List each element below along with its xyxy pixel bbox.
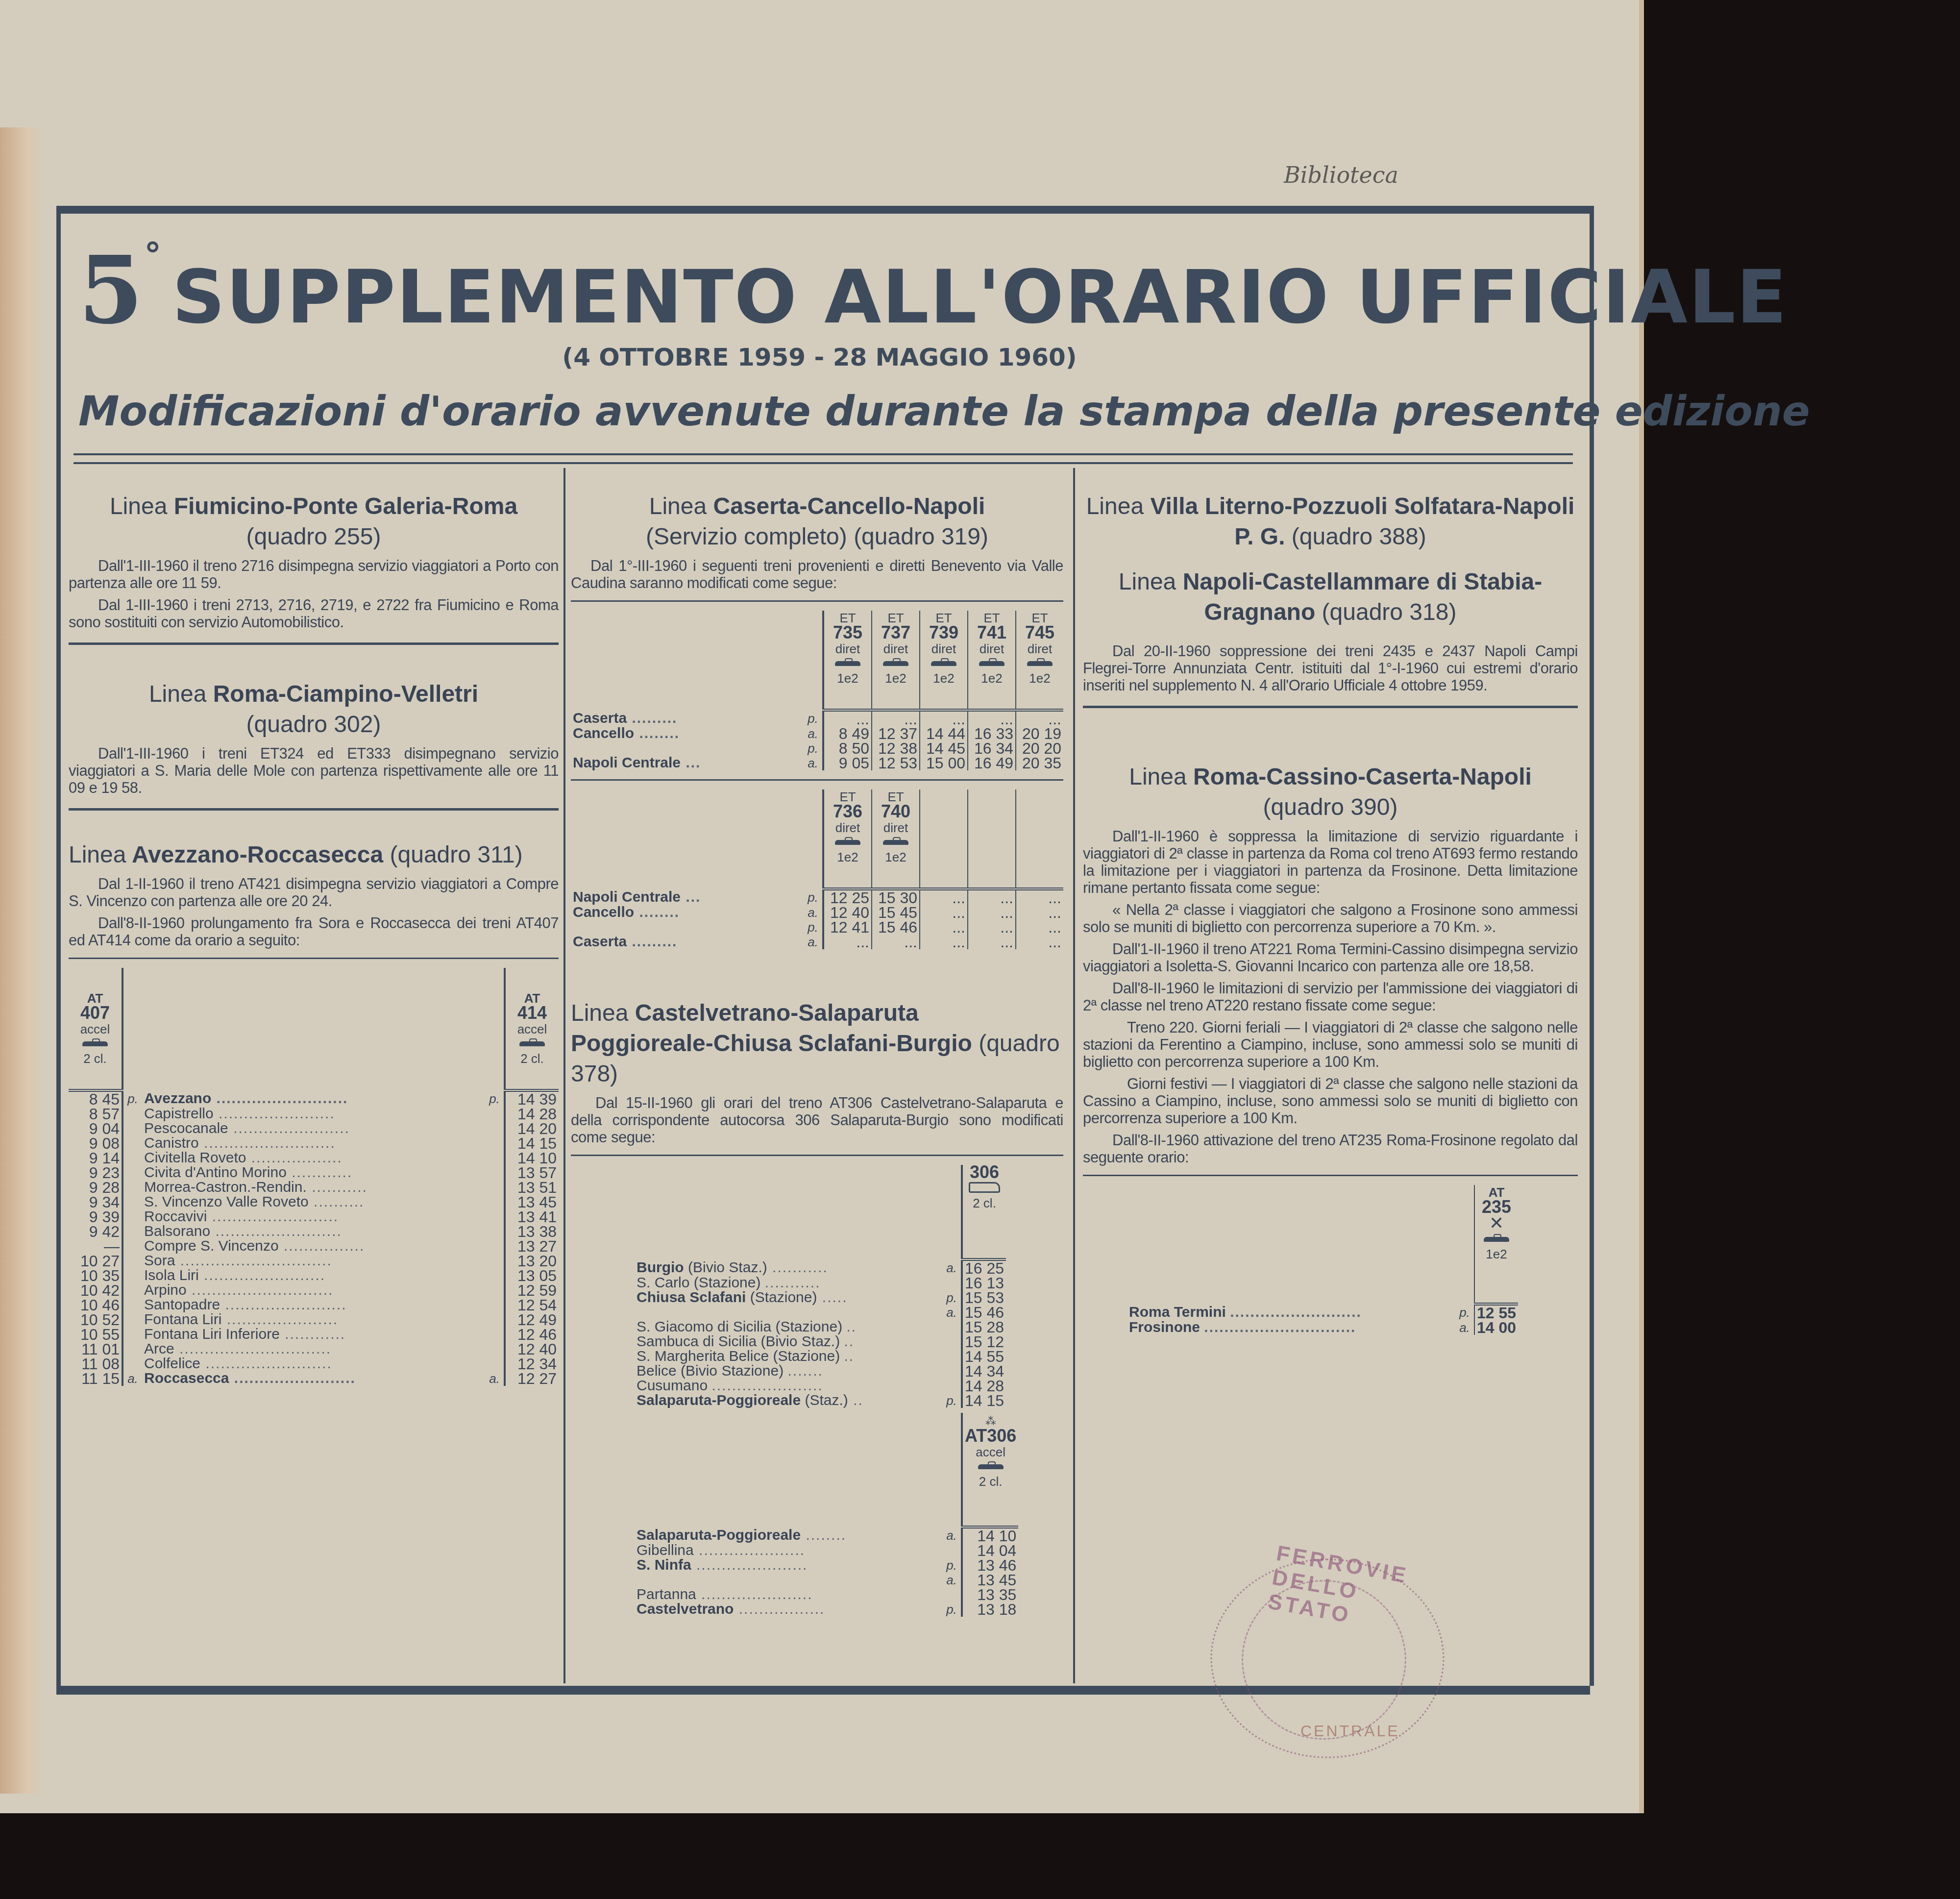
station-name: Civita d'Antino Morino ............: [142, 1165, 485, 1180]
time: 14 15: [962, 1393, 1006, 1408]
notice-text: Dall'8-II-1960 le limitazioni di servizi…: [1083, 980, 1578, 1014]
time: 15 46: [962, 1305, 1006, 1320]
table-row: 11 15a.Roccasecca ......................…: [69, 1371, 559, 1386]
table-row: 9 28Morrea-Castron.-Rendin. ...........1…: [69, 1180, 559, 1195]
station-name: [571, 920, 804, 935]
station-name: Cancello ........: [571, 905, 804, 920]
document-page: Biblioteca 5°SUPPLEMENTO ALL'ORARIO UFFI…: [0, 0, 1644, 1813]
time-at414: 13 05: [505, 1268, 559, 1283]
table-row: 9 42Balsorano .........................1…: [69, 1224, 559, 1239]
train-time: ...: [968, 905, 1016, 920]
notice-text: Dal 20-II-1960 soppressione dei treni 24…: [1083, 642, 1578, 694]
table-row: 10 42Arpino ............................…: [69, 1283, 559, 1298]
table-row: 9 23Civita d'Antino Morino ............1…: [69, 1165, 559, 1180]
table-row: Partanna ......................13 35: [635, 1587, 1018, 1602]
time: 13 46: [962, 1558, 1018, 1573]
time-at414: 13 41: [505, 1209, 559, 1224]
train-time: 12 25: [823, 889, 872, 905]
train-header-at414: AT 414 accel 2 cl.: [505, 968, 559, 1090]
table-row: 8 45p.Avezzano .........................…: [69, 1090, 559, 1107]
time-at414: 13 57: [505, 1165, 559, 1180]
arrival-departure-mark: [122, 1151, 142, 1165]
table-row: Salaparuta-Poggioreale (Staz.) ..p.14 15: [635, 1393, 1006, 1408]
train-header: ET745diret1e2: [1016, 611, 1063, 710]
train-time: 12 37: [872, 726, 920, 741]
station-name: Caserta .........: [571, 710, 804, 726]
station-name: Arce ..............................: [142, 1342, 485, 1356]
train-time: 16 33: [968, 726, 1016, 741]
notice-text: Dall'1-II-1960 è soppressa la limitazion…: [1083, 828, 1578, 896]
time-at407: 11 08: [69, 1356, 122, 1371]
railcar-icon: [929, 658, 958, 668]
station-name: Salaparuta-Poggioreale ........: [635, 1527, 942, 1543]
section-title: Linea Caserta-Cancello-Napoli (Servizio …: [571, 492, 1063, 552]
train-header-at306: ⁂ AT306 accel 2 cl.: [962, 1413, 1018, 1527]
train-time: 15 30: [872, 889, 920, 905]
arrival-departure-mark: [485, 1298, 505, 1312]
notice-text: Dall'8-II-1960 attivazione del treno AT2…: [1083, 1132, 1578, 1166]
time: 13 45: [962, 1573, 1018, 1587]
supplement-number: 5: [78, 235, 144, 345]
time-at407: 10 55: [69, 1327, 122, 1342]
right-column: Linea Villa Literno-Pozzuoli Solfatara-N…: [1083, 468, 1578, 1600]
arrival-departure-mark: p.: [485, 1090, 505, 1107]
time-at414: 13 45: [505, 1195, 559, 1209]
arrival-departure-mark: a.: [804, 726, 823, 741]
time-at407: 9 04: [69, 1121, 122, 1136]
time-at414: 13 27: [505, 1239, 559, 1254]
train-time: 16 34: [968, 741, 1016, 756]
time-at407: 9 08: [69, 1136, 122, 1151]
railcar-icon: [1482, 1234, 1511, 1244]
arrival-departure-mark: [942, 1334, 962, 1349]
timetable-at235: AT 235 ✕ 1e2 Roma Termini ..............…: [1127, 1185, 1518, 1335]
arrival-departure-mark: a.: [804, 935, 823, 949]
notice-text: Dall'8-II-1960 prolungamento fra Sora e …: [69, 914, 559, 949]
arrival-departure-mark: [122, 1107, 142, 1121]
train-time: ...: [1016, 920, 1063, 935]
station-name: [635, 1305, 942, 1320]
train-time: ...: [872, 710, 920, 726]
train-time: ...: [1016, 889, 1063, 905]
table-row: Caserta .........a................: [571, 935, 1063, 949]
section-title: Linea Villa Literno-Pozzuoli Solfatara-N…: [1083, 492, 1578, 552]
station-name: [635, 1573, 942, 1587]
train-time: 15 45: [872, 905, 920, 920]
notice-text: Dall'1-II-1960 il treno AT221 Roma Termi…: [1083, 940, 1578, 975]
time-at414: 12 46: [505, 1327, 559, 1342]
railcar-icon: [80, 1038, 110, 1048]
arrival-departure-mark: [485, 1327, 505, 1342]
table-row: Napoli Centrale ...a.9 0512 5315 0016 49…: [571, 756, 1063, 770]
table-row: p.8 5012 3814 4516 3420 20: [571, 741, 1063, 756]
validity-period: (4 OTTOBRE 1959 - 28 MAGGIO 1960): [0, 343, 1639, 371]
arrival-departure-mark: a.: [942, 1527, 962, 1543]
arrival-departure-mark: [485, 1180, 505, 1195]
table-row: p.12 4115 46.........: [571, 920, 1063, 935]
time-at407: 11 01: [69, 1342, 122, 1356]
section-divider: [1083, 706, 1578, 708]
train-time: ...: [920, 889, 968, 905]
train-time: ...: [968, 935, 1016, 949]
time: 14 04: [962, 1543, 1018, 1558]
station-name: Pescocanale .......................: [142, 1121, 485, 1136]
section-divider: [571, 779, 1063, 781]
table-row: —Compre S. Vincenzo ................13 2…: [69, 1239, 559, 1254]
table-row: Belice (Bivio Stazione) .......14 34: [635, 1364, 1006, 1379]
timetable-avezzano-roccasecca: AT 407 accel 2 cl. AT 414 accel 2: [69, 968, 559, 1386]
time: 13 18: [962, 1602, 1018, 1617]
train-time: 12 53: [872, 756, 920, 770]
arrival-departure-mark: [122, 1239, 142, 1254]
table-row: 9 14Civitella Roveto ..................1…: [69, 1151, 559, 1165]
train-time: ...: [1016, 935, 1063, 949]
train-time: ...: [823, 710, 872, 726]
arrival-departure-mark: [942, 1349, 962, 1364]
arrival-departure-mark: p.: [804, 889, 823, 905]
train-header-at407: AT 407 accel 2 cl.: [69, 968, 122, 1090]
table-row: 9 08Canistro ..........................1…: [69, 1136, 559, 1151]
notice-text: Giorni festivi — I viaggiatori di 2ª cla…: [1083, 1075, 1578, 1127]
time-at407: 10 46: [69, 1298, 122, 1312]
table-row: Sambuca di Sicilia (Bivio Staz.) ..15 12: [635, 1334, 1006, 1349]
table-row: Chiusa Sclafani (Stazione) .....p.15 53: [635, 1290, 1006, 1305]
arrival-departure-mark: a.: [804, 905, 823, 920]
time-at407: 10 35: [69, 1268, 122, 1283]
station-name: Salaparuta-Poggioreale (Staz.) ..: [635, 1393, 942, 1408]
time-at414: 14 15: [505, 1136, 559, 1151]
arrival-departure-mark: [485, 1254, 505, 1268]
notice-fiumicino: Linea Fiumicino-Ponte Galeria-Roma (quad…: [69, 492, 559, 645]
office-stamp: FERROVIE DELLO STATO CENTRALE: [1210, 1558, 1445, 1758]
train-time: 16 49: [968, 756, 1016, 770]
train-time: 8 49: [823, 726, 872, 741]
train-time: ...: [1016, 905, 1063, 920]
arrival-departure-mark: [122, 1165, 142, 1180]
section-divider: [571, 600, 1063, 602]
table-row: S. Margherita Belice (Stazione) ..14 55: [635, 1349, 1006, 1364]
train-time: ...: [1016, 710, 1063, 726]
bus-header-306: 306 2 cl.: [962, 1165, 1006, 1259]
arrival-departure-mark: [485, 1165, 505, 1180]
table-row: Cancello ........a.8 4912 3714 4416 3320…: [571, 726, 1063, 741]
arrival-departure-mark: [942, 1320, 962, 1334]
table-row: S. Ninfa ......................p.13 46: [635, 1558, 1018, 1573]
time-at407: 8 45: [69, 1090, 122, 1107]
station-name: Cusumano ......................: [635, 1379, 942, 1393]
column-separator: [1073, 468, 1075, 1683]
time: 15 12: [962, 1334, 1006, 1349]
time-at407: 9 14: [69, 1151, 122, 1165]
station-name: Colfelice .........................: [142, 1356, 485, 1371]
arrival-departure-mark: p.: [942, 1602, 962, 1617]
train-time: ...: [823, 935, 872, 949]
train-header: ET740diret1e2: [872, 789, 920, 889]
section-title: Linea Fiumicino-Ponte Galeria-Roma (quad…: [69, 492, 559, 552]
arrival-departure-mark: [122, 1356, 142, 1371]
arrival-departure-mark: [485, 1151, 505, 1165]
arrival-departure-mark: p.: [942, 1558, 962, 1573]
train-time: ...: [968, 889, 1016, 905]
arrival-departure-mark: [942, 1364, 962, 1379]
table-row: 10 55Fontana Liri Inferiore ............…: [69, 1327, 559, 1342]
arrival-departure-mark: [122, 1283, 142, 1298]
table-row: Cusumano ......................14 28: [635, 1379, 1006, 1393]
station-name: Arpino ............................: [142, 1283, 485, 1298]
table-row: S. Giacomo di Sicilia (Stazione) ..15 28: [635, 1320, 1006, 1334]
train-time: ...: [920, 710, 968, 726]
time-at407: —: [69, 1239, 122, 1254]
table-row: S. Carlo (Stazione) ...........16 13: [635, 1276, 1006, 1290]
arrival-departure-mark: p.: [804, 920, 823, 935]
table-row: Caserta .........p................: [571, 710, 1063, 726]
train-time: 9 05: [823, 756, 872, 770]
time-at414: 14 28: [505, 1107, 559, 1121]
time-at414: 13 38: [505, 1224, 559, 1239]
station-name: Civitella Roveto ..................: [142, 1151, 485, 1165]
table-row: a.13 45: [635, 1573, 1018, 1587]
train-time: 20 20: [1016, 741, 1063, 756]
station-name: Sambuca di Sicilia (Bivio Staz.) ..: [635, 1334, 942, 1349]
arrival-departure-mark: [122, 1136, 142, 1151]
station-name: Burgio (Bivio Staz.) ...........: [635, 1259, 942, 1276]
station-name: Roccasecca ........................: [142, 1371, 485, 1386]
notice-castellammare: Linea Napoli-Castellammare di Stabia-Gra…: [1083, 567, 1578, 708]
arrival-departure-mark: p.: [942, 1393, 962, 1408]
table-row: 9 34S. Vincenzo Valle Roveto ..........1…: [69, 1195, 559, 1209]
time: 14 55: [962, 1349, 1006, 1364]
arrival-departure-mark: p.: [804, 710, 823, 726]
station-name: Morrea-Castron.-Rendin. ...........: [142, 1180, 485, 1195]
time-at407: 10 42: [69, 1283, 122, 1298]
arrival-departure-mark: [942, 1276, 962, 1290]
arrival-departure-mark: [122, 1327, 142, 1342]
middle-column: Linea Caserta-Cancello-Napoli (Servizio …: [571, 468, 1063, 1600]
arrival-departure-mark: p.: [942, 1290, 962, 1305]
timetable-napoli-caserta: ET736diret1e2ET740diret1e2Napoli Central…: [571, 789, 1063, 949]
railcar-icon: [1025, 658, 1054, 668]
notice-villa-literno: Linea Villa Literno-Pozzuoli Solfatara-N…: [1083, 492, 1578, 552]
time: 13 35: [962, 1587, 1018, 1602]
arrival-departure-mark: [485, 1121, 505, 1136]
station-name: Isola Liri ........................: [142, 1268, 485, 1283]
arrival-departure-mark: [485, 1268, 505, 1283]
railcar-icon: [977, 658, 1006, 668]
notice-text: Dall'1-III-1960 i treni ET324 ed ET333 d…: [69, 745, 559, 796]
station-name: Avezzano ..........................: [142, 1090, 485, 1107]
notice-caserta-cancello-napoli: Linea Caserta-Cancello-Napoli (Servizio …: [571, 492, 1063, 949]
station-name: S. Vincenzo Valle Roveto ..........: [142, 1195, 485, 1209]
train-time: 20 19: [1016, 726, 1063, 741]
table-row: 10 52Fontana Liri ......................…: [69, 1312, 559, 1327]
title-text: SUPPLEMENTO ALL'ORARIO UFFICIALE: [172, 255, 1788, 340]
bus-icon: [969, 1182, 1000, 1193]
notice-text: Dal 1-III-1960 i treni 2713, 2716, 2719,…: [69, 596, 559, 631]
time-at414: 14 39: [505, 1090, 559, 1107]
timetable-caserta-napoli: ET735diret1e2ET737diret1e2ET739diret1e2E…: [571, 611, 1063, 770]
arrival-departure-mark: a.: [485, 1371, 505, 1386]
time-at414: 12 49: [505, 1312, 559, 1327]
section-divider: [69, 642, 559, 645]
train-time: ...: [920, 920, 968, 935]
notice-text: « Nella 2ª classe i viaggiatori che salg…: [1083, 901, 1578, 936]
notice-text: Treno 220. Giorni feriali — I viaggiator…: [1083, 1019, 1578, 1070]
arrival-departure-mark: [122, 1224, 142, 1239]
station-name: Roccavivi .........................: [142, 1209, 485, 1224]
table-row: 10 27Sora ..............................…: [69, 1254, 559, 1268]
arrival-departure-mark: [485, 1312, 505, 1327]
train-time: 15 46: [872, 920, 920, 935]
train-time: ...: [968, 710, 1016, 726]
arrival-departure-mark: p.: [122, 1090, 142, 1107]
timetable-bus-306: 306 2 cl. Burgio (Bivio Staz.) .........…: [635, 1165, 1006, 1408]
time: 14 28: [962, 1379, 1006, 1393]
time-at414: 13 20: [505, 1254, 559, 1268]
station-name: Compre S. Vincenzo ................: [142, 1239, 485, 1254]
time: 16 13: [962, 1276, 1006, 1290]
table-row: 9 04Pescocanale .......................1…: [69, 1121, 559, 1136]
time: 14 10: [962, 1527, 1018, 1543]
station-name: Balsorano .........................: [142, 1224, 485, 1239]
table-row: 11 01Arce ..............................…: [69, 1342, 559, 1356]
time: 16 25: [962, 1259, 1006, 1276]
page-fold-edge: [0, 127, 44, 1794]
arrival-departure-mark: [122, 1268, 142, 1283]
table-row: Roma Termini .......................... …: [1127, 1304, 1518, 1320]
time-at414: 14 20: [505, 1121, 559, 1136]
train-time: 8 50: [823, 741, 872, 756]
train-header: ET741diret1e2: [968, 611, 1016, 710]
railcar-icon: [833, 837, 862, 847]
left-column: Linea Fiumicino-Ponte Galeria-Roma (quad…: [69, 468, 559, 1600]
time-at407: 9 34: [69, 1195, 122, 1209]
table-row: 10 35Isola Liri ........................…: [69, 1268, 559, 1283]
station-name: Caserta .........: [571, 935, 804, 949]
section-divider: [69, 958, 559, 959]
railcar-icon: [517, 1038, 547, 1048]
train-header: [968, 789, 1016, 889]
arrival-departure-mark: [122, 1298, 142, 1312]
arrival-departure-mark: [122, 1342, 142, 1356]
table-row: Castelvetrano .................p.13 18: [635, 1602, 1018, 1617]
table-row: 11 08Colfelice .........................…: [69, 1356, 559, 1371]
train-time: 12 40: [823, 905, 872, 920]
train-time: 14 44: [920, 726, 968, 741]
station-name: Capistrello .......................: [142, 1107, 485, 1121]
arrival-departure-mark: [122, 1254, 142, 1268]
table-row: Salaparuta-Poggioreale ........a.14 10: [635, 1527, 1018, 1543]
timetable-train-at306: ⁂ AT306 accel 2 cl. Salaparuta-Poggiorea…: [635, 1413, 1018, 1617]
table-row: 9 39Roccavivi .........................1…: [69, 1209, 559, 1224]
train-header: ET735diret1e2: [823, 611, 872, 710]
arrival-departure-mark: [122, 1209, 142, 1224]
station-name: Cancello ........: [571, 726, 804, 741]
time-at407: 10 27: [69, 1254, 122, 1268]
table-row: 10 46Santopadre ........................…: [69, 1298, 559, 1312]
section-divider: [1083, 1175, 1578, 1176]
table-row: a.15 46: [635, 1305, 1006, 1320]
station-name: Gibellina .....................: [635, 1543, 942, 1558]
arrival-departure-mark: [485, 1356, 505, 1371]
arrival-departure-mark: [942, 1587, 962, 1602]
station-name: Canistro ..........................: [142, 1136, 485, 1151]
page-title: 5°SUPPLEMENTO ALL'ORARIO UFFICIALE: [78, 235, 1573, 345]
time-at407: 9 28: [69, 1180, 122, 1195]
train-time: ...: [872, 935, 920, 949]
arrival-departure-mark: p.: [804, 741, 823, 756]
train-time: ...: [920, 905, 968, 920]
train-time: ...: [920, 935, 968, 949]
notice-avezzano: Linea Avezzano-Roccasecca (quadro 311) D…: [69, 840, 559, 1386]
notice-text: Dall'1-III-1960 il treno 2716 disimpegna…: [69, 557, 559, 592]
notice-text: Dal 1°-III-1960 i seguenti treni proveni…: [571, 557, 1063, 592]
arrival-departure-mark: [485, 1224, 505, 1239]
arrival-departure-mark: [485, 1239, 505, 1254]
arrival-departure-mark: [122, 1180, 142, 1195]
time-at407: 9 39: [69, 1209, 122, 1224]
arrival-departure-mark: [122, 1195, 142, 1209]
time-at407: 11 15: [69, 1371, 122, 1386]
station-name: Castelvetrano .................: [635, 1602, 942, 1617]
table-row: 8 57Capistrello .......................1…: [69, 1107, 559, 1121]
train-time: ...: [968, 920, 1016, 935]
station-name: Partanna ......................: [635, 1587, 942, 1602]
page-tagline: Modificazioni d'orario avvenute durante …: [78, 387, 1573, 435]
railcar-icon: [833, 658, 862, 668]
table-row: Napoli Centrale ...p.12 2515 30.........: [571, 889, 1063, 905]
table-row: Frosinone ..............................…: [1127, 1320, 1518, 1335]
arrival-departure-mark: a.: [122, 1371, 142, 1386]
arrival-departure-mark: [942, 1543, 962, 1558]
arrival-departure-mark: [122, 1312, 142, 1327]
time: 15 53: [962, 1290, 1006, 1305]
arrival-departure-mark: [485, 1195, 505, 1209]
section-title: Linea Napoli-Castellammare di Stabia-Gra…: [1083, 567, 1578, 628]
time-at414: 14 10: [505, 1151, 559, 1165]
section-divider: [69, 808, 559, 811]
station-name: Fontana Liri Inferiore ............: [142, 1327, 485, 1342]
station-name: Belice (Bivio Stazione) .......: [635, 1364, 942, 1379]
time-at414: 13 51: [505, 1180, 559, 1195]
time-at414: 12 40: [505, 1342, 559, 1356]
section-title: Linea Roma-Ciampino-Velletri (quadro 302…: [69, 679, 559, 740]
train-time: 15 00: [920, 756, 968, 770]
station-name: Napoli Centrale ...: [571, 889, 804, 905]
arrival-departure-mark: a.: [804, 756, 823, 770]
arrival-departure-mark: [485, 1107, 505, 1121]
train-time: 12 38: [872, 741, 920, 756]
arrival-departure-mark: [122, 1121, 142, 1136]
train-header-at235: AT 235 ✕ 1e2: [1474, 1185, 1518, 1304]
time: 15 28: [962, 1320, 1006, 1334]
arrival-departure-mark: [485, 1136, 505, 1151]
station-name: S. Carlo (Stazione) ...........: [635, 1276, 942, 1290]
time-at407: 10 52: [69, 1312, 122, 1327]
train-time: 14 45: [920, 741, 968, 756]
notice-roma-cassino-napoli: Linea Roma-Cassino-Caserta-Napoli (quadr…: [1083, 762, 1578, 1335]
header-double-rule: [73, 453, 1573, 464]
section-divider: [571, 1155, 1063, 1156]
table-row: Burgio (Bivio Staz.) ...........a.16 25: [635, 1259, 1006, 1276]
railcar-icon: [881, 658, 910, 668]
train-header: ET739diret1e2: [920, 611, 968, 710]
time-at414: 12 54: [505, 1298, 559, 1312]
arrival-departure-mark: [485, 1342, 505, 1356]
arrival-departure-mark: a.: [942, 1305, 962, 1320]
section-title: Linea Roma-Cassino-Caserta-Napoli (quadr…: [1083, 762, 1578, 823]
station-name: Santopadre ........................: [142, 1298, 485, 1312]
restaurant-icon: ✕: [1489, 1213, 1504, 1233]
